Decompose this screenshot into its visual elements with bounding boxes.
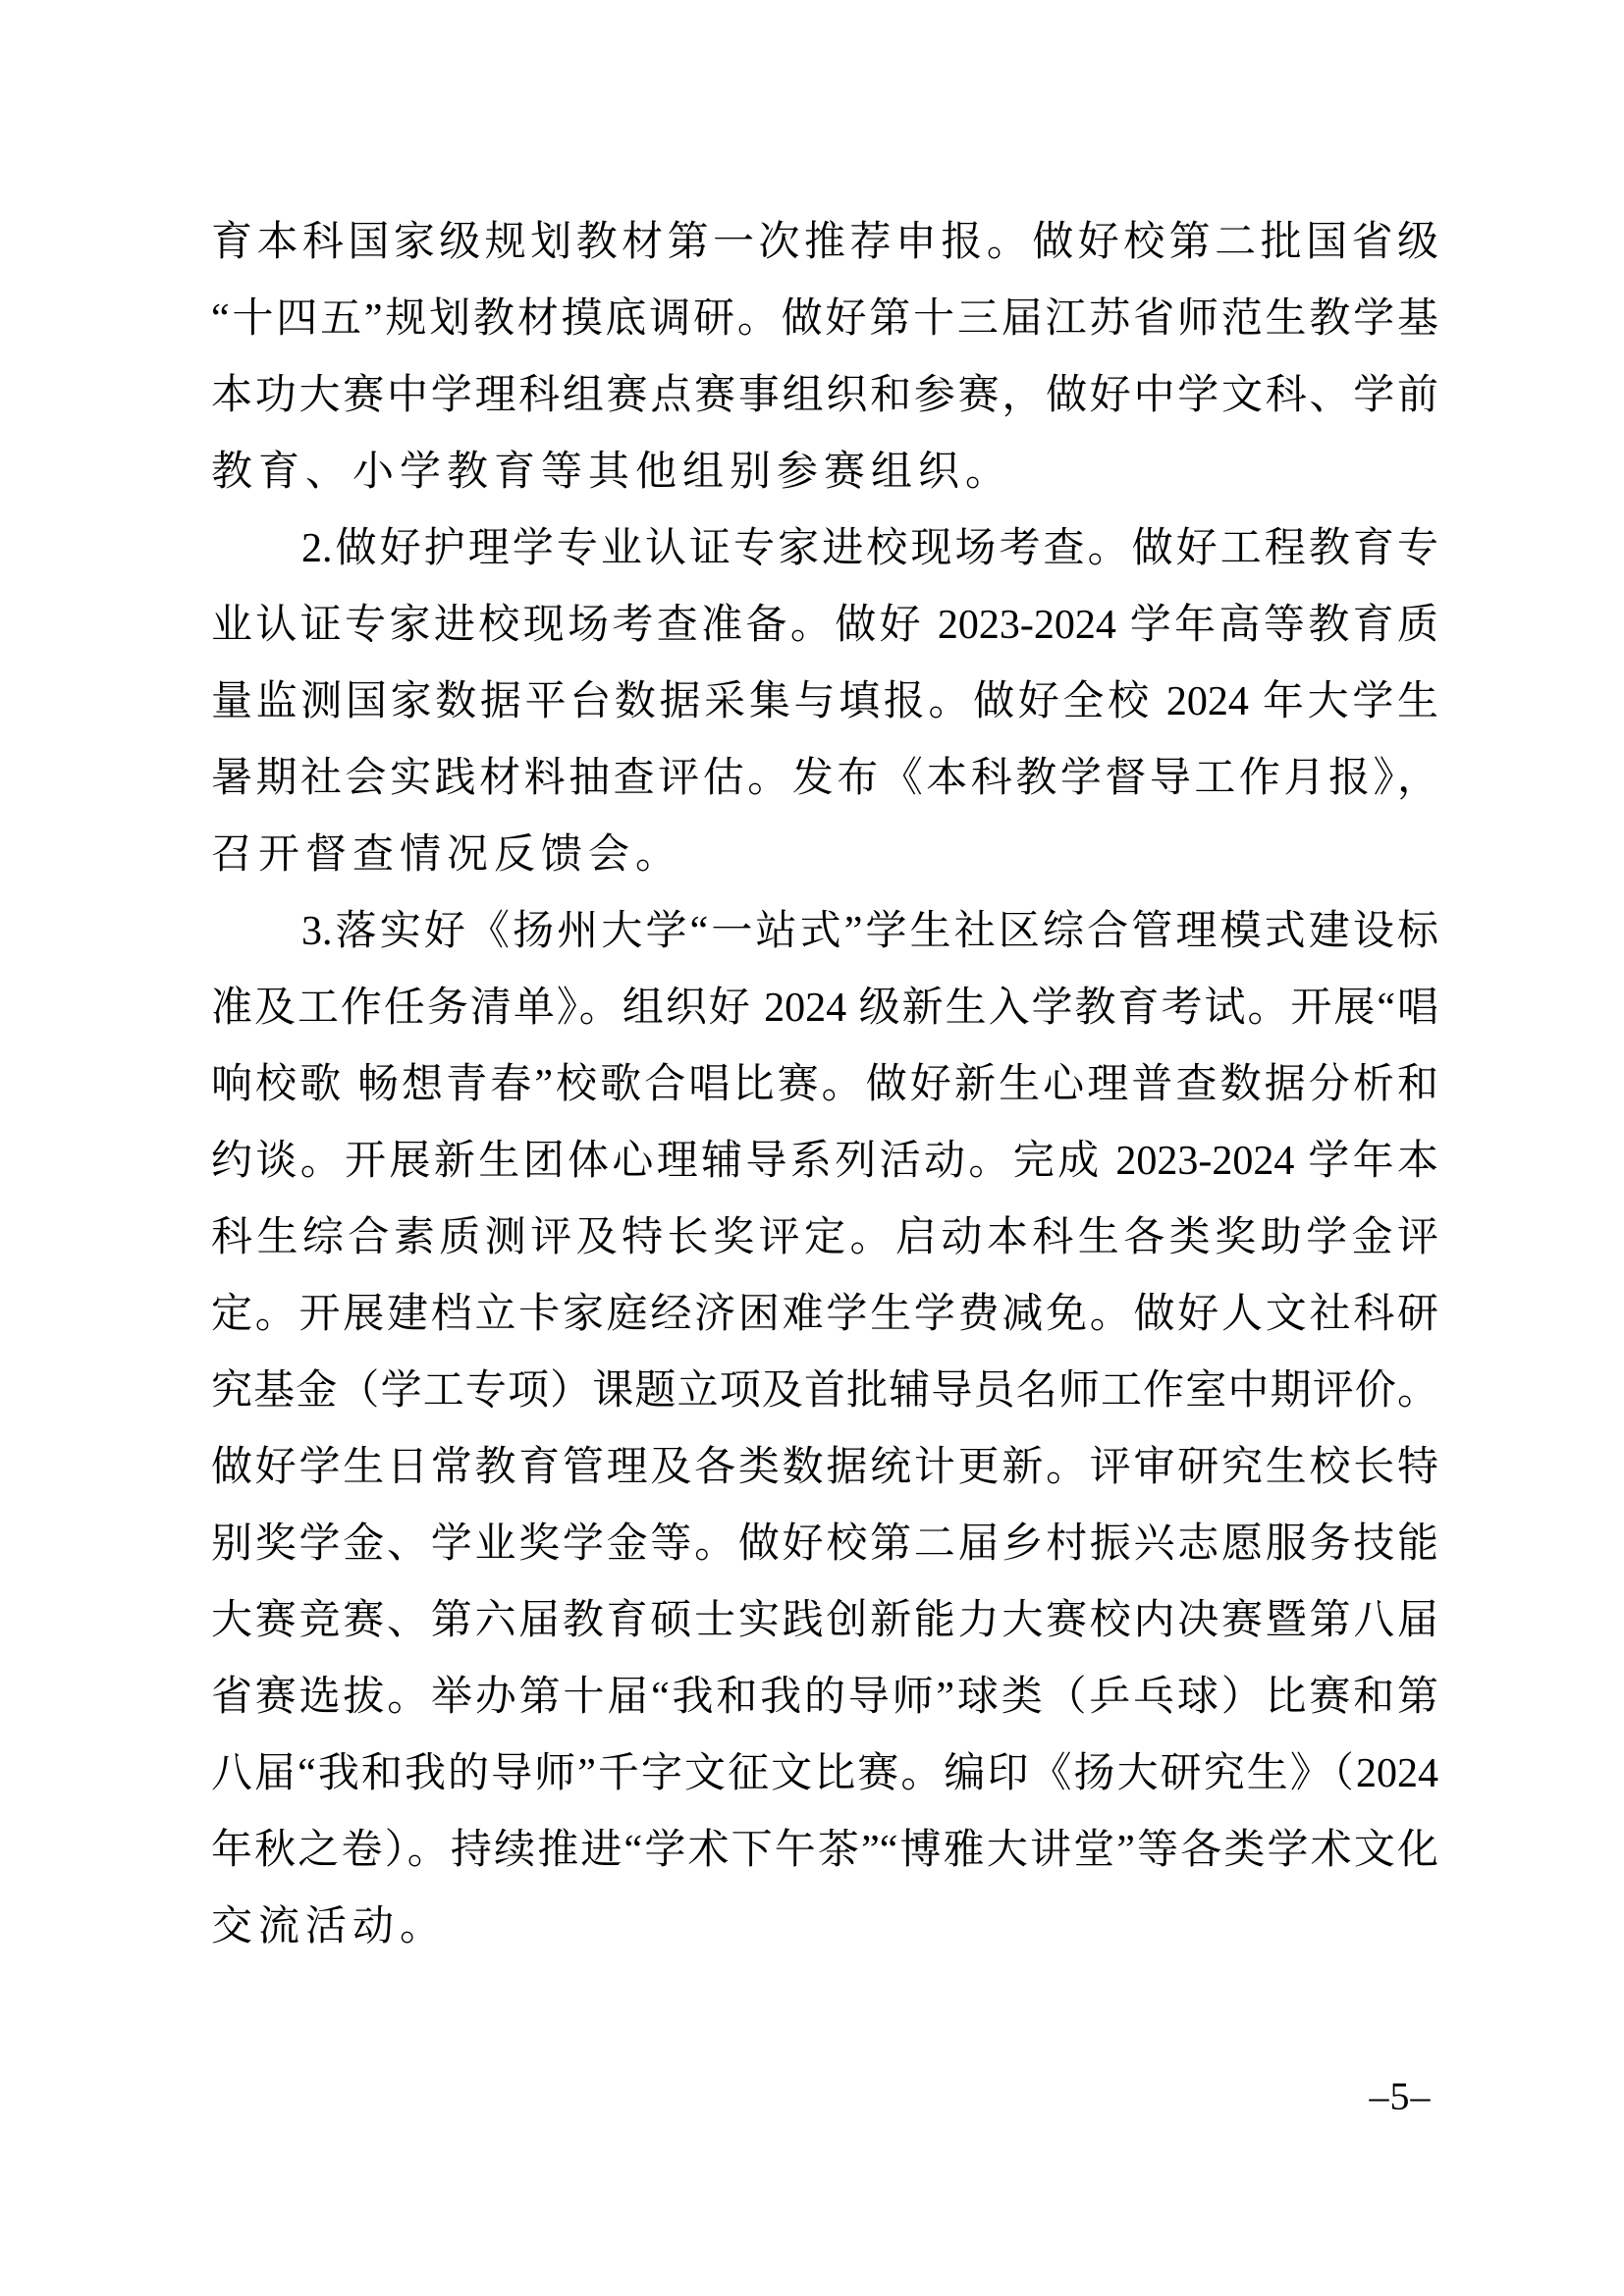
body-line: 业认证专家进校现场考查准备。做好 2023-2024 学年高等教育质 — [211, 587, 1438, 664]
body-line: 量监测国家数据平台数据采集与填报。做好全校 2024 年大学生 — [211, 664, 1438, 740]
body-line: 科生综合素质测评及特长奖评定。启动本科生各类奖助学金评 — [211, 1200, 1438, 1276]
body-line: 召开督查情况反馈会。 — [211, 817, 1438, 893]
body-line: 准及工作任务清单》。组织好 2024 级新生入学教育考试。开展“唱 — [211, 970, 1438, 1046]
body-line: 本功大赛中学理科组赛点赛事组织和参赛，做好中学文科、学前 — [211, 357, 1438, 434]
body-line: “十四五”规划教材摸底调研。做好第十三届江苏省师范生教学基 — [211, 281, 1438, 357]
body-line: 年秋之卷）。持续推进“学术下午茶”“博雅大讲堂”等各类学术文化 — [211, 1812, 1438, 1889]
document-body: 育本科国家级规划教材第一次推荐申报。做好校第二批国省级 “十四五”规划教材摸底调… — [211, 204, 1438, 1965]
body-line: 暑期社会实践材料抽查评估。发布《本科教学督导工作月报》， — [211, 740, 1438, 817]
body-line: 省赛选拔。举办第十届“我和我的导师”球类（乒乓球）比赛和第 — [211, 1659, 1438, 1735]
body-line: 大赛竞赛、第六届教育硕士实践创新能力大赛校内决赛暨第八届 — [211, 1582, 1438, 1659]
body-line: 定。开展建档立卡家庭经济困难学生学费减免。做好人文社科研 — [211, 1276, 1438, 1353]
body-line: 育本科国家级规划教材第一次推荐申报。做好校第二批国省级 — [211, 204, 1438, 281]
body-line: 做好学生日常教育管理及各类数据统计更新。评审研究生校长特 — [211, 1429, 1438, 1506]
body-line: 交流活动。 — [211, 1889, 1438, 1965]
body-line: 八届“我和我的导师”千字文征文比赛。编印《扬大研究生》（2024 — [211, 1735, 1438, 1812]
body-line: 别奖学金、学业奖学金等。做好校第二届乡村振兴志愿服务技能 — [211, 1506, 1438, 1582]
body-line: 约谈。开展新生团体心理辅导系列活动。完成 2023-2024 学年本 — [211, 1123, 1438, 1200]
body-line: 2.做好护理学专业认证专家进校现场考查。做好工程教育专 — [211, 510, 1438, 587]
document-page: 育本科国家级规划教材第一次推荐申报。做好校第二批国省级 “十四五”规划教材摸底调… — [0, 0, 1624, 2296]
page-number: –5– — [1359, 2073, 1441, 2120]
body-line: 3.落实好《扬州大学“一站式”学生社区综合管理模式建设标 — [211, 893, 1438, 970]
body-line: 究基金（学工专项）课题立项及首批辅导员名师工作室中期评价。 — [211, 1353, 1438, 1429]
body-line: 教育、小学教育等其他组别参赛组织。 — [211, 434, 1438, 510]
body-line: 响校歌 畅想青春”校歌合唱比赛。做好新生心理普查数据分析和 — [211, 1046, 1438, 1123]
